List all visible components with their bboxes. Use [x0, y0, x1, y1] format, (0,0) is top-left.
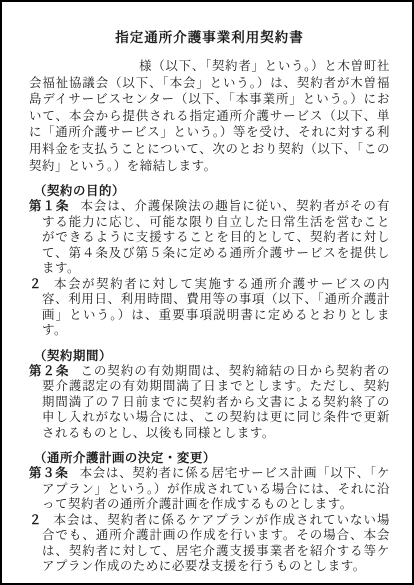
section-heading-contract-purpose: （契約の目的） [29, 183, 390, 199]
intro-text: 様（以下、「契約者」という。）と木曽町社会福祉協議会（以下、「本会」という。）は… [29, 59, 390, 173]
page-number: 1 [2, 557, 412, 569]
article-text: この契約の有効期間は、契約締結の日から契約者の要介護認定の有効期間満了日までとし… [42, 364, 390, 440]
article-text: 本会は、介護保険法の趣旨に従い、契約者がその有する能力に応じ、可能な限り自立した… [42, 199, 390, 275]
article-text: 本会が契約者に対して実施する通所介護サービスの内容、利用日、利用時間、費用等の事… [42, 277, 390, 338]
article-label: 第２条 [29, 364, 69, 378]
article-paragraph: 第２条この契約の有効期間は、契約締結の日から契約者の要介護認定の有効期間満了日ま… [29, 364, 390, 442]
article-paragraph: 第３条本会は、契約者に係る居宅サービス計画「以下、「ケアプラン」という。）が作成… [29, 466, 390, 513]
section-heading-contract-period: （契約期間） [29, 348, 390, 364]
contract-page: 指定通所介護事業利用契約書 様（以下、「契約者」という。）と木曽町社会福祉協議会… [0, 0, 414, 585]
clause-number-label: ２ [29, 277, 43, 291]
article-label: 第３条 [29, 466, 69, 480]
document-title: 指定通所介護事業利用契約書 [29, 28, 390, 47]
intro-paragraph: 様（以下、「契約者」という。）と木曽町社会福祉協議会（以下、「本会」という。）は… [29, 58, 390, 174]
article-label: 第１条 [29, 199, 69, 213]
article-paragraph: 第１条本会は、介護保険法の趣旨に従い、契約者がその有する能力に応じ、可能な限り自… [29, 199, 390, 277]
clause-number-label: ２ [29, 513, 42, 527]
article-paragraph: ２本会が契約者に対して実施する通所介護サービスの内容、利用日、利用時間、費用等の… [29, 277, 390, 339]
article-text: 本会は、契約者に係る居宅サービス計画「以下、「ケアプラン」という。）が作成されて… [42, 466, 390, 511]
section-heading-care-plan: （通所介護計画の決定・変更） [29, 450, 390, 466]
contractor-name-blank [29, 69, 139, 70]
